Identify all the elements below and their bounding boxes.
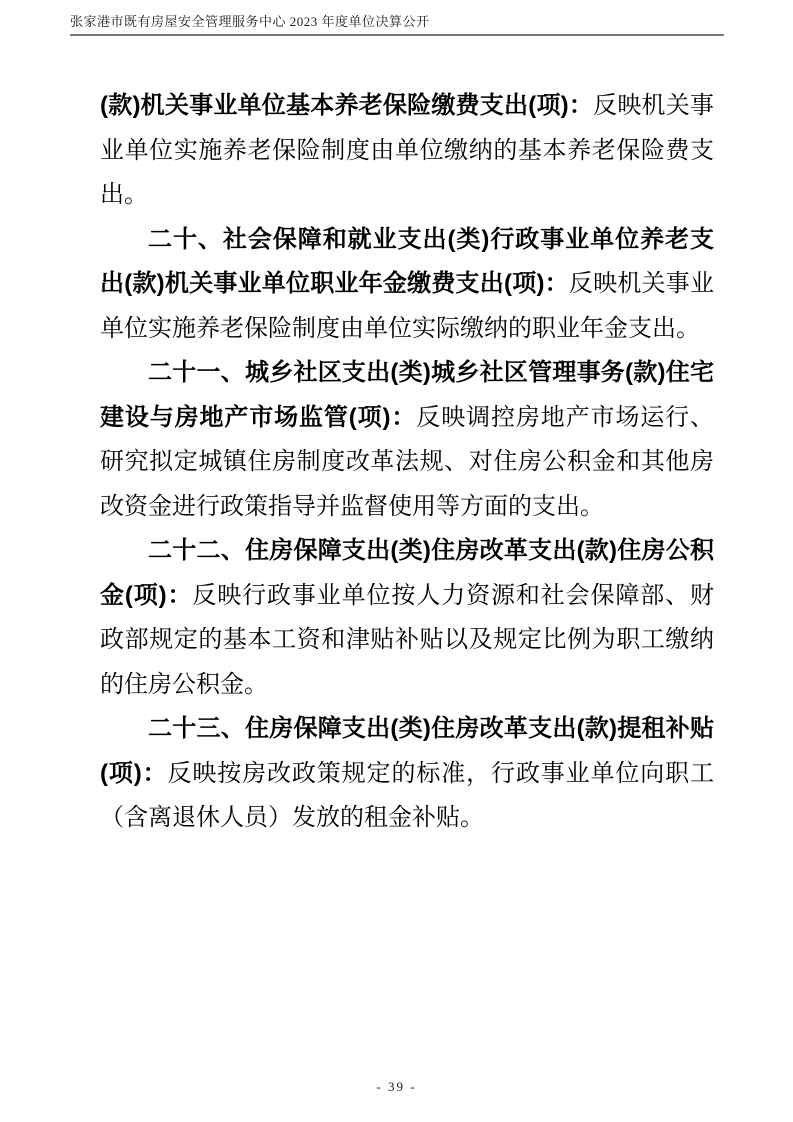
document-page: 张家港市既有房屋安全管理服务中心 2023 年度单位决算公开 (款)机关事业单位… — [0, 0, 793, 1122]
page-number: - 39 - — [376, 1079, 416, 1094]
paragraph: 二十、社会保障和就业支出(类)行政事业单位养老支出(款)机关事业单位职业年金缴费… — [100, 218, 714, 352]
document-footer: - 39 - — [0, 1078, 793, 1096]
paragraph-body-text: 反映按房改政策规定的标准，行政事业单位向职工（含离退休人员）发放的租金补贴。 — [100, 761, 714, 832]
paragraph-heading-text: (款)机关事业单位基本养老保险缴费支出(项)： — [100, 92, 593, 119]
paragraph: (款)机关事业单位基本养老保险缴费支出(项)：反映机关事业单位实施养老保险制度由… — [100, 84, 714, 218]
paragraph: 二十二、住房保障支出(类)住房改革支出(款)住房公积金(项)：反映行政事业单位按… — [100, 529, 714, 707]
paragraph-body-text: 反映行政事业单位按人力资源和社会保障部、财政部规定的基本工资和津贴补贴以及规定比… — [100, 583, 714, 698]
header-title: 张家港市既有房屋安全管理服务中心 2023 年度单位决算公开 — [70, 14, 430, 29]
paragraph: 二十三、住房保障支出(类)住房改革支出(款)提租补贴(项)：反映按房改政策规定的… — [100, 707, 714, 841]
document-header: 张家港市既有房屋安全管理服务中心 2023 年度单位决算公开 — [70, 11, 724, 36]
paragraph: 二十一、城乡社区支出(类)城乡社区管理事务(款)住宅建设与房地产市场监管(项)：… — [100, 351, 714, 529]
document-body: (款)机关事业单位基本养老保险缴费支出(项)：反映机关事业单位实施养老保险制度由… — [100, 84, 714, 841]
